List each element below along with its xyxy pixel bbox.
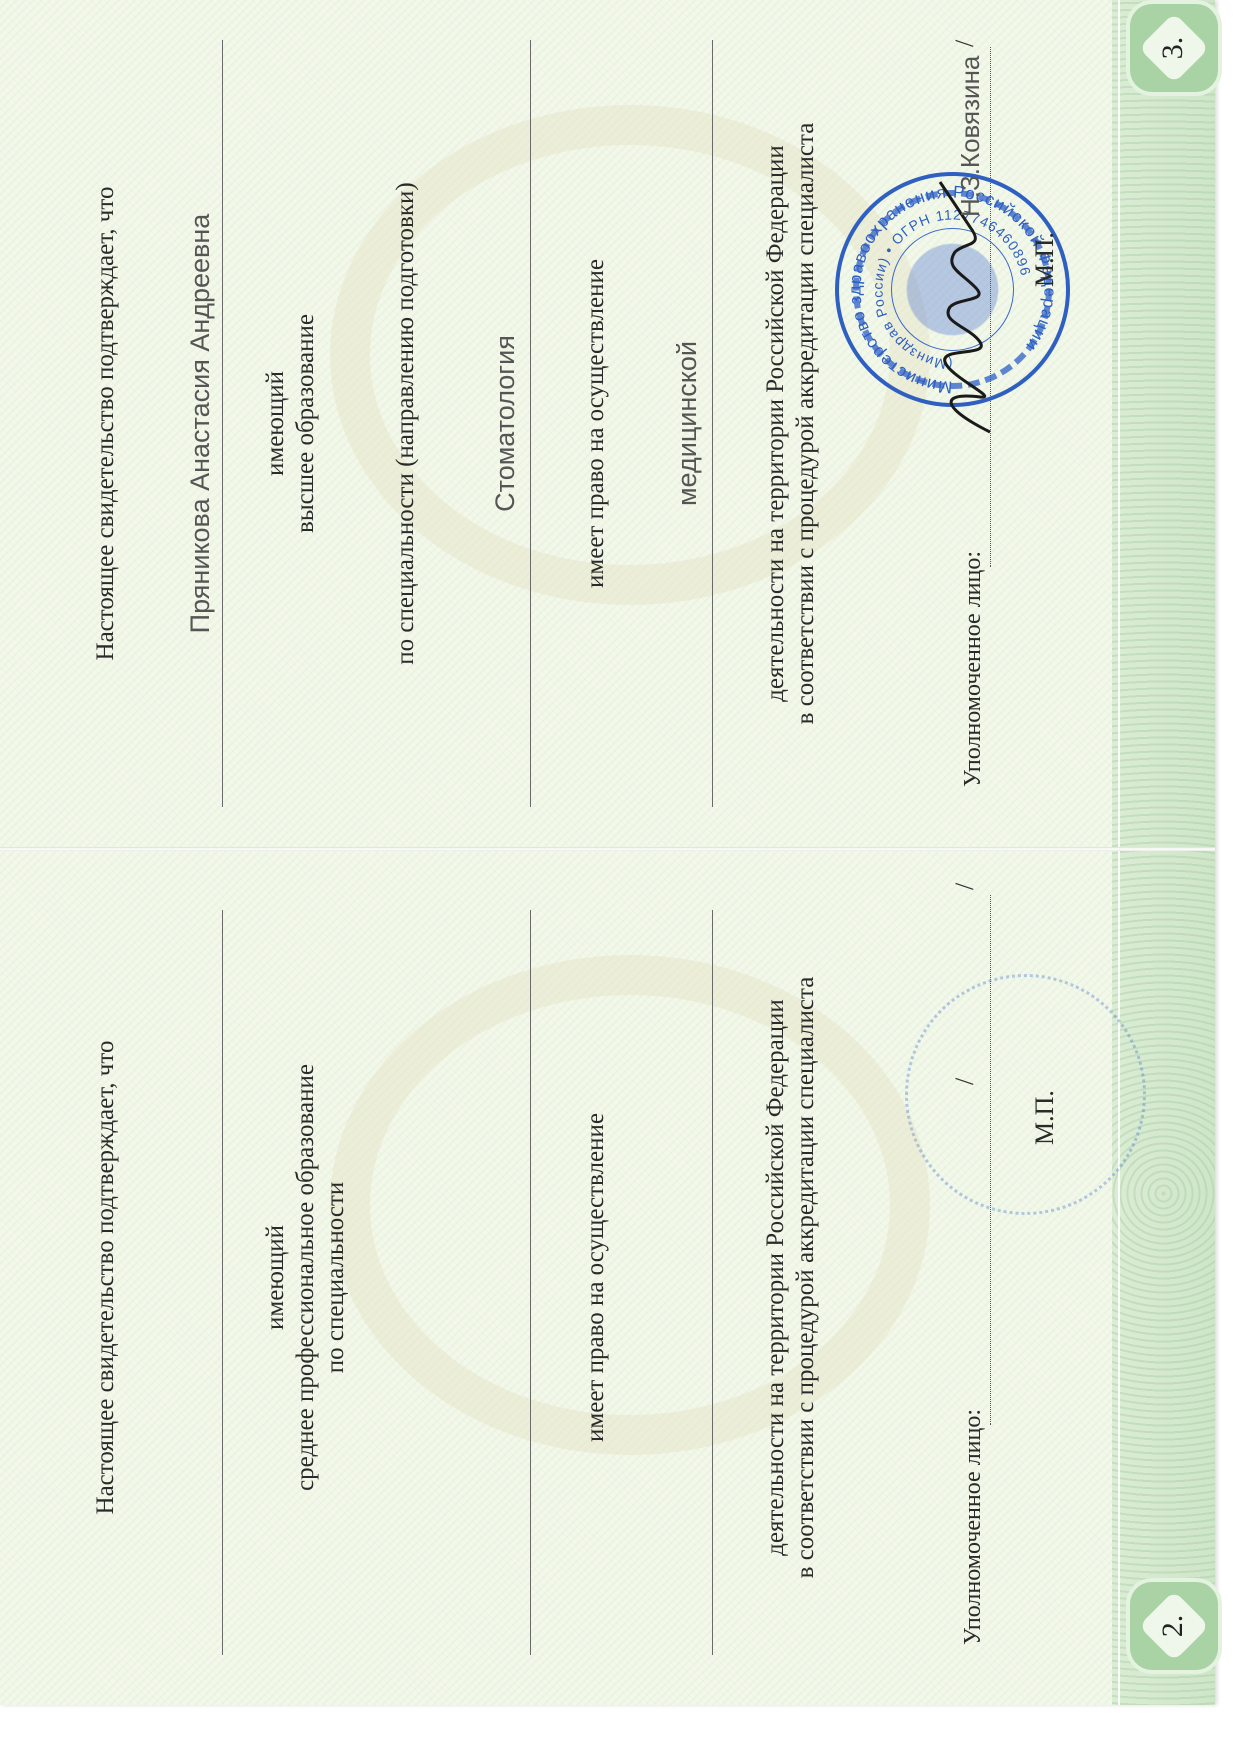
- seal-placeholder: М.П.: [1030, 232, 1060, 287]
- activity-type-field: [712, 910, 713, 1655]
- page-number-badge: 3.: [1130, 4, 1218, 92]
- slash-separator: /: [950, 40, 980, 47]
- intro-text: Настоящее свидетельство подтверждает, чт…: [92, 0, 120, 847]
- holder-name: Пряникова Анастасия Андреевна: [185, 0, 216, 847]
- education-text: среднее профессиональное образование: [292, 850, 320, 1705]
- authorized-person-label: Уполномоченное лицо:: [960, 551, 987, 787]
- faint-stamp-imprint: [905, 974, 1146, 1215]
- having-label: имеющий: [262, 850, 290, 1705]
- page-number: 2.: [1156, 1582, 1190, 1670]
- slash-separator: /: [950, 883, 980, 890]
- holder-name-field: [222, 40, 223, 807]
- right-label: имеет право на осуществление: [582, 0, 610, 847]
- accreditation-text: в соответствии с процедурой аккредитации…: [792, 850, 820, 1705]
- page-number: 3.: [1156, 4, 1190, 92]
- activity-type-field: [712, 40, 713, 807]
- specialty-label: по специальности (направлению подготовки…: [392, 0, 420, 847]
- authorized-person-label: Уполномоченное лицо:: [960, 1409, 987, 1645]
- page-number-badge: 2.: [1130, 1582, 1218, 1670]
- specialty-field: [530, 40, 531, 807]
- activity-type-value: медицинской: [672, 0, 703, 847]
- specialty-value: Стоматология: [490, 0, 521, 847]
- page-2: Настоящее свидетельство подтверждает, чт…: [0, 850, 1215, 1705]
- signature-line: [990, 47, 991, 567]
- territory-text: деятельности на территории Российской Фе…: [762, 850, 790, 1705]
- territory-text: деятельности на территории Российской Фе…: [762, 0, 790, 847]
- signer-name: Н.З.Ковязина: [955, 56, 986, 217]
- holder-name-field: [222, 910, 223, 1655]
- specialty-label: по специальности: [322, 850, 350, 1705]
- specialty-field: [530, 910, 531, 1655]
- accreditation-text: в соответствии с процедурой аккредитации…: [792, 0, 820, 847]
- certificate-spread: Настоящее свидетельство подтверждает, чт…: [0, 0, 1242, 1755]
- right-label: имеет право на осуществление: [582, 850, 610, 1705]
- having-label: имеющий: [262, 0, 290, 847]
- education-text: высшее образование: [292, 0, 320, 847]
- page-3: Настоящее свидетельство подтверждает, чт…: [0, 0, 1215, 847]
- intro-text: Настоящее свидетельство подтверждает, чт…: [92, 850, 120, 1705]
